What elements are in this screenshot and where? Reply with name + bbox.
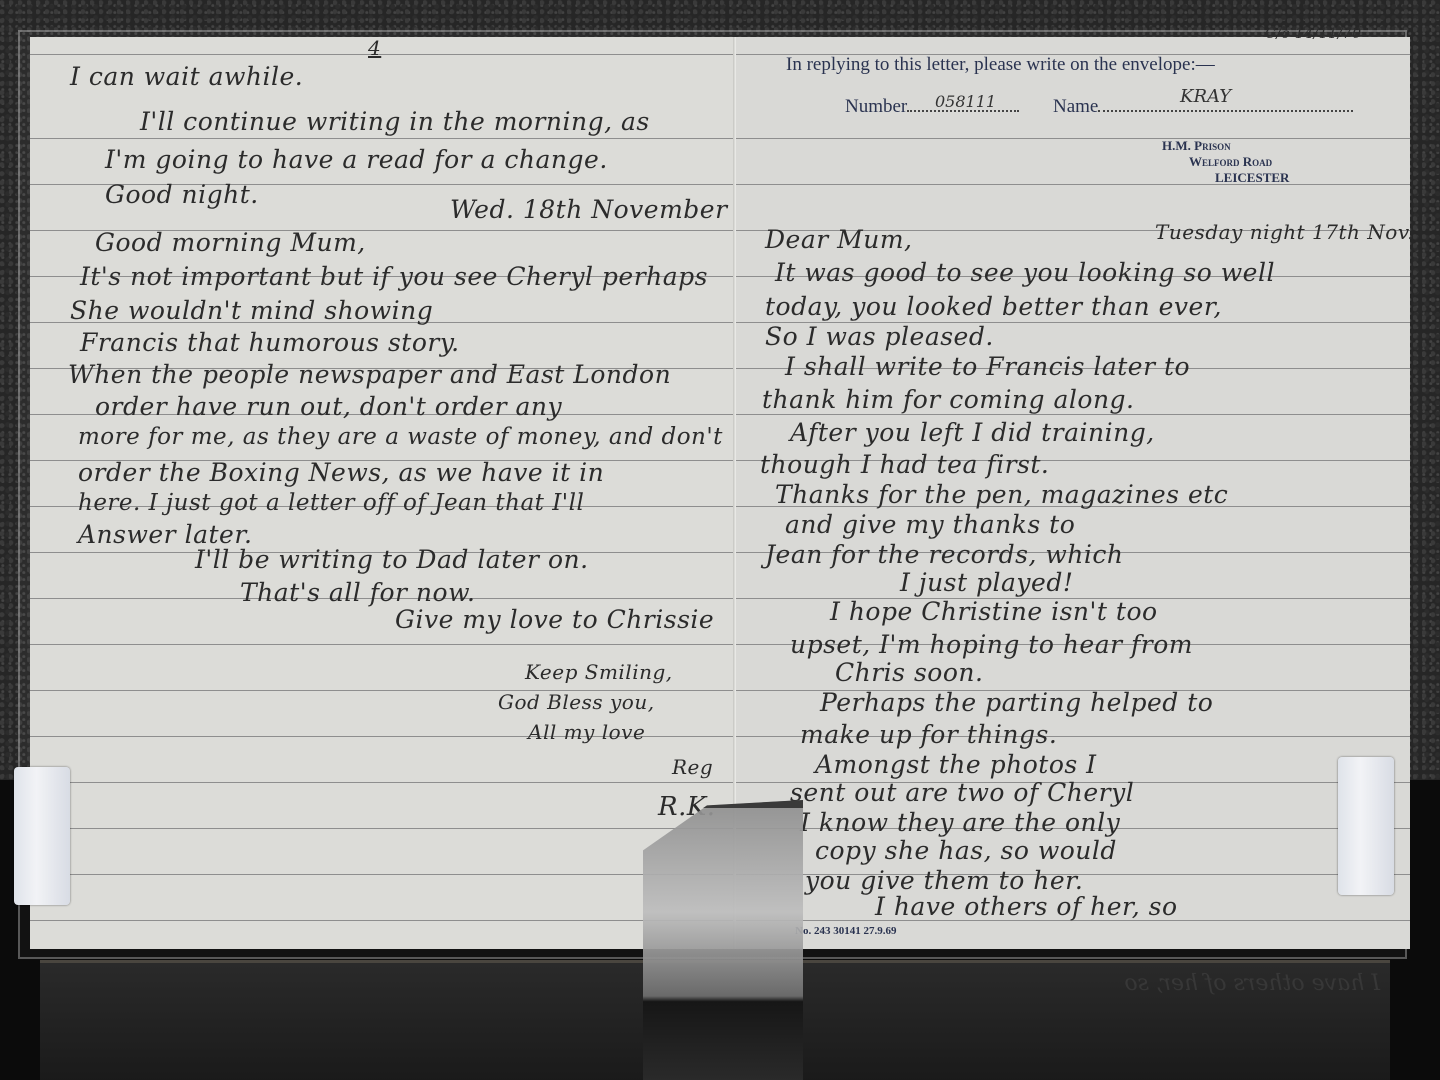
right-line: upset, I'm hoping to hear from	[790, 630, 1193, 659]
right-line: Jean for the records, which	[765, 540, 1123, 569]
right-line: I hope Christine isn't too	[830, 597, 1158, 626]
right-line: copy she has, so would	[815, 836, 1117, 865]
left-line: Francis that humorous story.	[80, 328, 460, 357]
left-line: order the Boxing News, as we have it in	[78, 458, 604, 487]
frame-clip-right	[1338, 757, 1394, 895]
left-line: Give my love to Chrissie	[395, 605, 714, 634]
right-line: today, you looked better than ever,	[765, 292, 1222, 321]
right-line: I have others of her, so	[875, 892, 1178, 921]
left-line: I'm going to have a read for a change.	[105, 145, 608, 174]
right-line: though I had tea first.	[760, 450, 1049, 479]
page-number: 4	[368, 36, 381, 60]
left-line: When the people newspaper and East Londo…	[68, 360, 671, 389]
right-line: thank him for coming along.	[762, 385, 1135, 414]
right-line: and give my thanks to	[785, 510, 1075, 539]
closing-all-my-love: All my love	[528, 720, 645, 744]
right-line: So I was pleased.	[765, 322, 994, 351]
closing-keep-smiling: Keep Smiling,	[525, 660, 673, 684]
left-line: It's not important but if you see Cheryl…	[80, 262, 708, 291]
right-date: Tuesday night 17th Nov.	[1155, 220, 1414, 244]
left-line: more for me, as they are a waste of mone…	[78, 424, 723, 450]
reflected-handwriting: I have others of her, so	[1000, 973, 1380, 995]
right-line: I just played!	[900, 568, 1073, 597]
number-label: Number	[845, 96, 907, 117]
right-line: Thanks for the pen, magazines etc	[775, 480, 1228, 509]
left-date: Wed. 18th November	[450, 195, 728, 224]
closing-god-bless: God Bless you,	[498, 690, 655, 714]
number-value: 058111	[935, 92, 996, 111]
address-line-1: H.M. Prison	[1162, 138, 1231, 154]
right-line: Perhaps the parting helped to	[820, 688, 1213, 717]
left-greeting: Good morning Mum,	[95, 228, 366, 257]
right-line: Chris soon.	[835, 658, 983, 687]
left-line: I'll continue writing in the morning, as	[140, 107, 650, 136]
address-line-3: LEICESTER	[1215, 170, 1289, 186]
closing-name: Reg	[672, 755, 713, 779]
name-label: Name	[1053, 96, 1098, 117]
right-line: you give them to her.	[805, 866, 1083, 895]
form-header: In replying to this letter, please write…	[786, 54, 1215, 76]
right-line: After you left I did training,	[790, 418, 1155, 447]
left-line: order have run out, don't order any	[95, 392, 562, 421]
address-line-2: Welford Road	[1189, 154, 1272, 170]
form-code: No. 243 30141 27.9.69	[795, 925, 896, 937]
right-salutation: Dear Mum,	[765, 225, 913, 254]
left-line: That's all for now.	[240, 578, 475, 607]
right-line: I shall write to Francis later to	[785, 352, 1190, 381]
right-line: It was good to see you looking so well	[775, 258, 1275, 287]
right-line: sent out are two of Cheryl	[790, 778, 1134, 807]
left-line: I can wait awhile.	[70, 62, 303, 91]
annotation: C/c 14/11/70	[1265, 26, 1362, 42]
name-value: KRAY	[1180, 86, 1231, 107]
left-line: I'll be writing to Dad later on.	[195, 545, 589, 574]
frame-clip-left	[14, 767, 70, 905]
left-line: here. I just got a letter off of Jean th…	[78, 490, 584, 516]
right-line: I know they are the only	[800, 808, 1120, 837]
left-line: Good night.	[105, 180, 259, 209]
left-line: She wouldn't mind showing	[70, 296, 433, 325]
right-line: make up for things.	[800, 720, 1057, 749]
right-line: Amongst the photos I	[815, 750, 1097, 779]
